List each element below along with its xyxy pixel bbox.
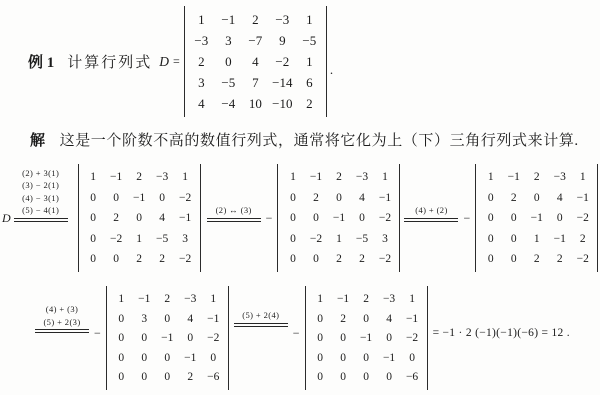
matrix-cell: 0 [133, 328, 156, 348]
matrix-cell: 2 [304, 187, 327, 208]
matrix-cell: −10 [269, 93, 296, 114]
matrix-cell: −1 [378, 348, 401, 368]
matrix-cell: 2 [242, 9, 269, 30]
matrix-cell: 0 [309, 309, 332, 329]
row-op: (5) − 4(1) [22, 204, 59, 217]
matrix-cell: 0 [82, 228, 105, 249]
matrix-cell: 0 [327, 187, 350, 208]
matrix-cell: −2 [174, 187, 197, 208]
matrix-cell: 0 [355, 348, 378, 368]
solution-label: 解 [30, 133, 46, 149]
variable-d: D [2, 211, 11, 226]
matrix-cell: −2 [304, 228, 327, 249]
double-equals-rule [207, 218, 261, 222]
matrix-cell: −1 [502, 167, 525, 188]
matrix-cell: −2 [373, 249, 396, 270]
matrix-cell: 0 [502, 208, 525, 229]
minus-sign: − [463, 211, 470, 226]
matrix-cell: 0 [309, 328, 332, 348]
row-op: (5) + 2(4) [242, 309, 279, 322]
matrix-cell: 0 [156, 348, 179, 368]
matrix-cell: 2 [105, 208, 128, 229]
matrix-cell: −3 [269, 9, 296, 30]
matrix-cell: −1 [215, 9, 242, 30]
double-equals-rule [14, 218, 68, 222]
matrix-cell: 2 [502, 187, 525, 208]
matrix-cell: 0 [110, 309, 133, 329]
matrix-cell: −1 [174, 208, 197, 229]
matrix-cell: 0 [479, 249, 502, 270]
matrix-cell: 1 [110, 289, 133, 309]
matrix-grid: 1−12−310204−100−10−2001−120022−2 [475, 164, 598, 273]
matrix-cell: 3 [373, 228, 396, 249]
matrix-cell: 2 [327, 249, 350, 270]
matrix-cell: 2 [355, 289, 378, 309]
matrix-cell: 1 [479, 167, 502, 188]
matrix-cell: 0 [110, 328, 133, 348]
row-ops-step-1: (2) + 3(1) (3) − 2(1) (4) − 3(1) (5) − 4… [14, 167, 68, 222]
matrix-cell: 3 [188, 72, 215, 93]
matrix-cell: 0 [332, 348, 355, 368]
matrix-grid: 1−12−3100−10−20204−10−21−530022−2 [78, 164, 201, 273]
matrix-cell: 0 [479, 228, 502, 249]
determinant-step-5: 1−12−310204−100−10−2000−100000−6 [305, 286, 428, 390]
matrix-cell: −1 [332, 289, 355, 309]
matrix-cell: 0 [128, 208, 151, 229]
matrix-cell: −2 [269, 51, 296, 72]
matrix-cell: 0 [105, 187, 128, 208]
matrix-cell: 3 [174, 228, 197, 249]
matrix-cell: −1 [373, 187, 396, 208]
row-op: (4) + (2) [415, 204, 447, 217]
matrix-cell: −5 [151, 228, 174, 249]
matrix-cell: 2 [179, 367, 202, 387]
matrix-cell: 1 [82, 167, 105, 188]
matrix-cell: −6 [202, 367, 225, 387]
matrix-cell: 0 [304, 249, 327, 270]
matrix-cell: −2 [571, 249, 594, 270]
matrix-cell: −4 [215, 93, 242, 114]
matrix-cell: 0 [281, 208, 304, 229]
variable-d: D [159, 54, 169, 70]
matrix-cell: 0 [82, 249, 105, 270]
matrix-cell: −3 [378, 289, 401, 309]
minus-sign: − [293, 326, 300, 341]
matrix-cell: −1 [133, 289, 156, 309]
matrix-cell: 1 [373, 167, 396, 188]
matrix-cell: 0 [525, 187, 548, 208]
matrix-cell: 2 [350, 249, 373, 270]
matrix-cell: 0 [355, 309, 378, 329]
matrix-cell: 0 [215, 51, 242, 72]
matrix-cell: 0 [355, 367, 378, 387]
example-label: 例 1 [28, 51, 54, 72]
matrix-cell: 0 [82, 187, 105, 208]
matrix-cell: 1 [401, 289, 424, 309]
row-ops-step-2: (2) ↔ (3) [207, 204, 261, 222]
example-task-text: 计算行列式 [67, 51, 152, 72]
matrix-cell: 4 [242, 51, 269, 72]
matrix-cell: −2 [373, 208, 396, 229]
matrix-cell: 2 [548, 249, 571, 270]
matrix-cell: 2 [332, 309, 355, 329]
matrix-cell: −14 [269, 72, 296, 93]
matrix-cell: 4 [548, 187, 571, 208]
matrix-cell: −1 [525, 208, 548, 229]
row-op: (4) − 3(1) [22, 192, 59, 205]
determinant-step-4: 1−12−310304−100−10−2000−100002−6 [106, 286, 229, 390]
matrix-cell: −1 [401, 309, 424, 329]
matrix-cell: −6 [401, 367, 424, 387]
matrix-cell: 1 [174, 167, 197, 188]
matrix-cell: 10 [242, 93, 269, 114]
matrix-cell: 0 [502, 249, 525, 270]
matrix-cell: 0 [82, 208, 105, 229]
matrix-cell: 0 [332, 328, 355, 348]
matrix-cell: −3 [548, 167, 571, 188]
equals-sign: = [173, 54, 180, 69]
matrix-cell: −1 [156, 328, 179, 348]
matrix-grid: 1−12−310204−100−10−20−21−530022−2 [277, 164, 400, 273]
matrix-cell: 0 [350, 208, 373, 229]
matrix-cell: 0 [309, 367, 332, 387]
matrix-cell: 4 [179, 309, 202, 329]
matrix-cell: −1 [128, 187, 151, 208]
matrix-cell: 0 [133, 348, 156, 368]
matrix-cell: 2 [571, 228, 594, 249]
matrix-cell: 2 [188, 51, 215, 72]
matrix-cell: −5 [350, 228, 373, 249]
sentence-period: . [330, 62, 333, 78]
derivation-row-1: D (2) + 3(1) (3) − 2(1) (4) − 3(1) (5) −… [2, 162, 598, 274]
derivation-row-2: (4) + (3) (5) + 2(3) − 1−12−310304−100−1… [35, 283, 570, 393]
matrix-cell: 0 [502, 228, 525, 249]
matrix-cell: 1 [128, 228, 151, 249]
matrix-cell: 0 [479, 208, 502, 229]
double-equals-rule [35, 329, 89, 333]
row-ops-step-5: (5) + 2(4) [234, 309, 288, 327]
matrix-cell: 0 [378, 367, 401, 387]
matrix-cell: 1 [188, 9, 215, 30]
matrix-cell: 1 [296, 51, 323, 72]
matrix-cell: 0 [281, 187, 304, 208]
matrix-cell: 1 [202, 289, 225, 309]
matrix-cell: 1 [281, 167, 304, 188]
determinant-original: 1−12−31−33−79−5204−213−57−1464−410−102 [184, 6, 327, 117]
matrix-cell: 2 [128, 167, 151, 188]
matrix-cell: 0 [156, 367, 179, 387]
matrix-cell: 0 [304, 208, 327, 229]
matrix-cell: −1 [202, 309, 225, 329]
row-op: (4) + (3) [46, 303, 78, 316]
matrix-cell: 1 [525, 228, 548, 249]
matrix-cell: −1 [327, 208, 350, 229]
determinant-step-3: 1−12−310204−100−10−2001−120022−2 [475, 164, 598, 273]
matrix-cell: −7 [242, 30, 269, 51]
matrix-cell: 2 [327, 167, 350, 188]
double-equals-rule [234, 323, 288, 327]
matrix-cell: −1 [548, 228, 571, 249]
matrix-cell: 0 [401, 348, 424, 368]
matrix-cell: 0 [179, 328, 202, 348]
row-op: (2) + 3(1) [22, 167, 59, 180]
matrix-cell: 6 [296, 72, 323, 93]
matrix-cell: 0 [309, 348, 332, 368]
matrix-cell: 2 [296, 93, 323, 114]
matrix-cell: 1 [309, 289, 332, 309]
matrix-cell: 0 [281, 228, 304, 249]
row-op: (3) − 2(1) [22, 179, 59, 192]
matrix-cell: 1 [327, 228, 350, 249]
matrix-cell: 0 [133, 367, 156, 387]
matrix-cell: 3 [133, 309, 156, 329]
matrix-cell: 0 [332, 367, 355, 387]
matrix-cell: 0 [548, 208, 571, 229]
matrix-cell: 0 [479, 187, 502, 208]
matrix-grid: 1−12−310304−100−10−2000−100002−6 [106, 286, 229, 390]
matrix-cell: 4 [188, 93, 215, 114]
minus-sign: − [94, 326, 101, 341]
matrix-cell: −5 [296, 30, 323, 51]
matrix-grid: 1−12−310204−100−10−2000−100000−6 [305, 286, 428, 390]
minus-sign: − [266, 211, 273, 226]
matrix-cell: 0 [105, 249, 128, 270]
matrix-cell: −1 [179, 348, 202, 368]
matrix-cell: −1 [304, 167, 327, 188]
matrix-cell: 0 [156, 309, 179, 329]
solution-text: 这是一个阶数不高的数值行列式，通常将它化为上（下）三角行列式来计算. [60, 133, 579, 149]
example-line: 例 1 计算行列式 D = 1−12−31−33−79−5204−213−57−… [28, 6, 333, 117]
matrix-cell: −3 [151, 167, 174, 188]
matrix-cell: 0 [110, 348, 133, 368]
textbook-page: 例 1 计算行列式 D = 1−12−31−33−79−5204−213−57−… [0, 0, 600, 395]
matrix-cell: 0 [202, 348, 225, 368]
matrix-cell: 1 [571, 167, 594, 188]
matrix-cell: −2 [202, 328, 225, 348]
solution-line: 解这是一个阶数不高的数值行列式，通常将它化为上（下）三角行列式来计算. [30, 129, 579, 150]
matrix-cell: 3 [215, 30, 242, 51]
double-equals-rule [404, 218, 458, 222]
matrix-cell: 2 [151, 249, 174, 270]
matrix-cell: 0 [378, 328, 401, 348]
matrix-cell: 2 [128, 249, 151, 270]
matrix-cell: 4 [151, 208, 174, 229]
matrix-cell: 7 [242, 72, 269, 93]
matrix-cell: 2 [156, 289, 179, 309]
matrix-cell: 0 [281, 249, 304, 270]
matrix-cell: −2 [105, 228, 128, 249]
determinant-step-1: 1−12−3100−10−20204−10−21−530022−2 [78, 164, 201, 273]
matrix-cell: −2 [401, 328, 424, 348]
matrix-cell: −5 [215, 72, 242, 93]
final-result: = −1 · 2 (−1)(−1)(−6) = 12 . [433, 327, 570, 339]
matrix-cell: 4 [350, 187, 373, 208]
matrix-cell: −3 [188, 30, 215, 51]
matrix-cell: −1 [105, 167, 128, 188]
matrix-cell: −3 [179, 289, 202, 309]
row-op: (2) ↔ (3) [216, 204, 252, 217]
matrix-cell: 2 [525, 167, 548, 188]
row-ops-step-4: (4) + (3) (5) + 2(3) [35, 303, 89, 333]
matrix-cell: 9 [269, 30, 296, 51]
matrix-cell: −1 [355, 328, 378, 348]
row-ops-step-3: (4) + (2) [404, 204, 458, 222]
matrix-cell: −2 [174, 249, 197, 270]
matrix-cell: −3 [350, 167, 373, 188]
matrix-cell: 0 [110, 367, 133, 387]
matrix-cell: 4 [378, 309, 401, 329]
matrix-cell: −1 [571, 187, 594, 208]
matrix-cell: −2 [571, 208, 594, 229]
matrix-cell: 1 [296, 9, 323, 30]
determinant-step-2: 1−12−310204−100−10−20−21−530022−2 [277, 164, 400, 273]
matrix-grid: 1−12−31−33−79−5204−213−57−1464−410−102 [184, 6, 327, 117]
matrix-cell: 2 [525, 249, 548, 270]
matrix-cell: 0 [151, 187, 174, 208]
row-op: (5) + 2(3) [43, 316, 80, 329]
